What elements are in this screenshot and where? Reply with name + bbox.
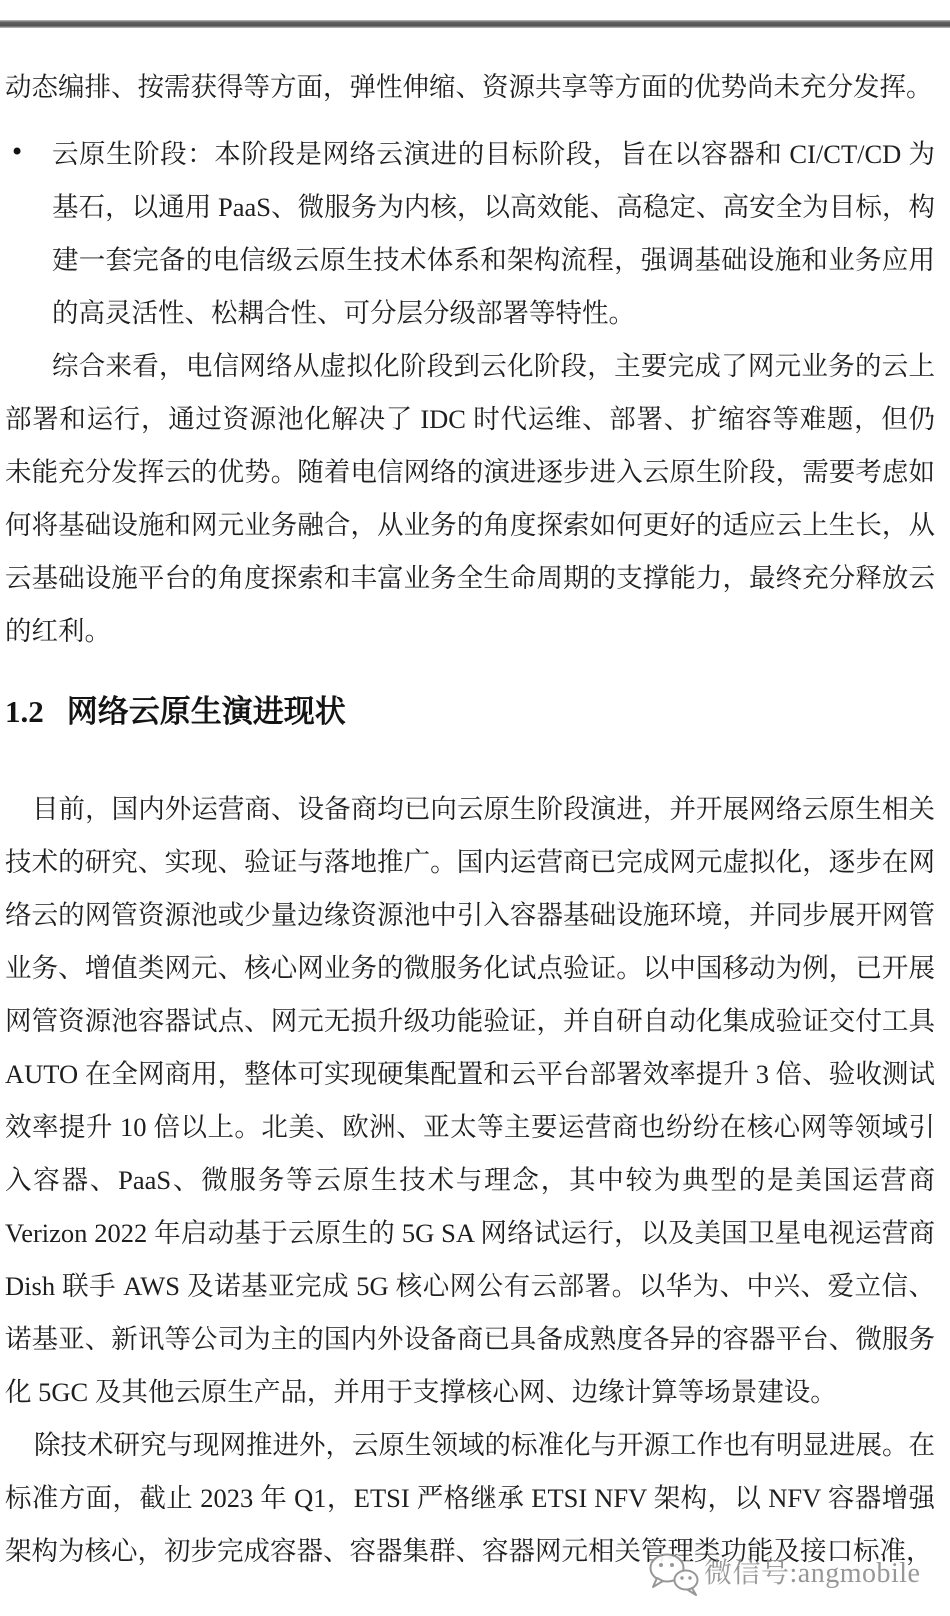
- bullet-icon: •: [10, 126, 24, 179]
- page: { "page": { "background": "#ffffff", "te…: [0, 0, 950, 1616]
- section-title: 网络云原生演进现状: [67, 694, 346, 729]
- section-heading: 1.2网络云原生演进现状: [5, 691, 935, 733]
- paragraph-status: 目前，国内外运营商、设备商均已向云原生阶段演进，并开展网络云原生相关技术的研究、…: [5, 783, 935, 1419]
- paragraph-continuation: 动态编排、按需获得等方面，弹性伸缩、资源共享等方面的优势尚未充分发挥。: [5, 61, 935, 114]
- paragraph-standards: 除技术研究与现网推进外，云原生领域的标准化与开源工作也有明显进展。在标准方面，截…: [5, 1419, 935, 1578]
- bullet-item: • 云原生阶段：本阶段是网络云演进的目标阶段，旨在以容器和 CI/CT/CD 为…: [52, 128, 935, 340]
- paragraph-summary: 综合来看，电信网络从虚拟化阶段到云化阶段，主要完成了网元业务的云上部署和运行，通…: [5, 340, 935, 658]
- bullet-text: 云原生阶段：本阶段是网络云演进的目标阶段，旨在以容器和 CI/CT/CD 为基石…: [52, 139, 935, 328]
- top-rule: [0, 20, 950, 28]
- body-text: 动态编排、按需获得等方面，弹性伸缩、资源共享等方面的优势尚未充分发挥。 • 云原…: [5, 61, 935, 1578]
- section-number: 1.2: [5, 694, 44, 729]
